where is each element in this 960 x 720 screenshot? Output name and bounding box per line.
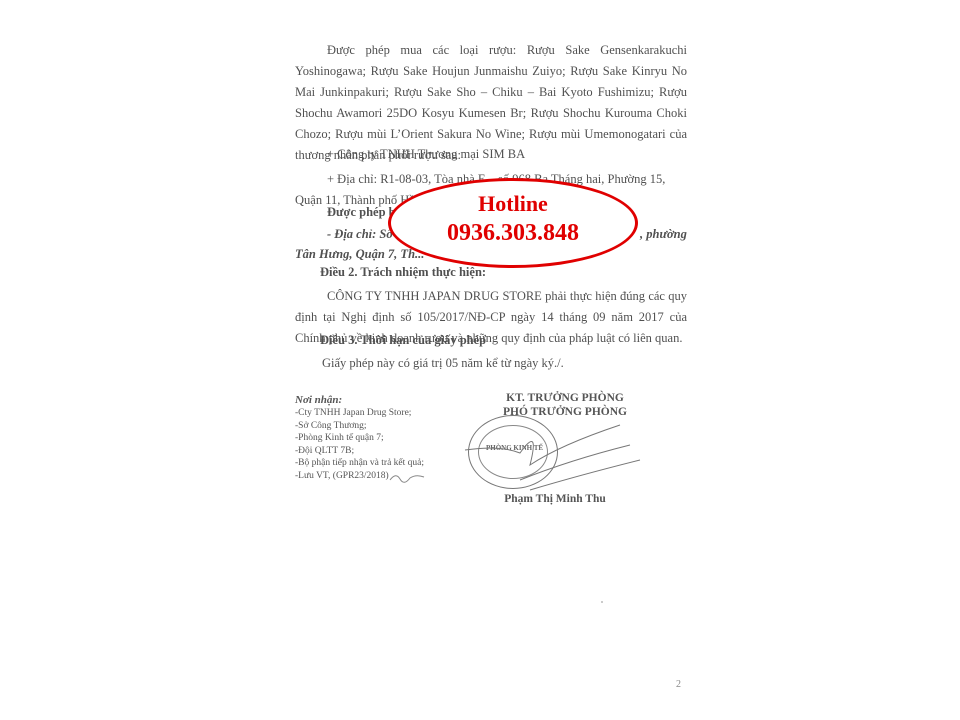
article2-heading: Điều 2. Trách nhiệm thực hiện: [320,265,486,280]
article3-body: Giấy phép này có giá trị 05 năm kể từ ng… [322,356,564,371]
recipient-item: -Bộ phận tiếp nhận và trả kết quả; [295,457,424,470]
recipient-item: -Sở Công Thương; [295,420,424,433]
store-address-line2: Tân Hưng, Quận 7, Th... [295,247,424,262]
scan-speck [601,601,603,603]
recipient-item: -Đội QLTT 7B; [295,445,424,458]
initials-scribble-icon [388,470,428,486]
store-address-line1-start: - Địa chỉ: Số [327,227,393,242]
article3-heading: Điều 3. Thời hạn của giấy phép [320,333,486,348]
recipient-item: -Phòng Kinh tế quận 7; [295,432,424,445]
signature-title-1: KT. TRƯỞNG PHÒNG [480,392,650,404]
recipients-title: Nơi nhận: [295,393,424,407]
hotline-label: Hotline [388,191,638,217]
supplier-company: + Công ty TNHH Thương mại SIM BA [327,147,525,162]
document-page: Được phép mua các loại rượu: Rượu Sake G… [0,0,960,720]
page-number: 2 [676,679,681,690]
recipient-item: -Cty TNHH Japan Drug Store; [295,407,424,420]
signature-scribble-icon [460,405,660,495]
signer-name: Phạm Thị Minh Thu [470,493,640,505]
hotline-number[interactable]: 0936.303.848 [388,219,638,247]
store-address-line1-end: , phường [640,227,687,242]
